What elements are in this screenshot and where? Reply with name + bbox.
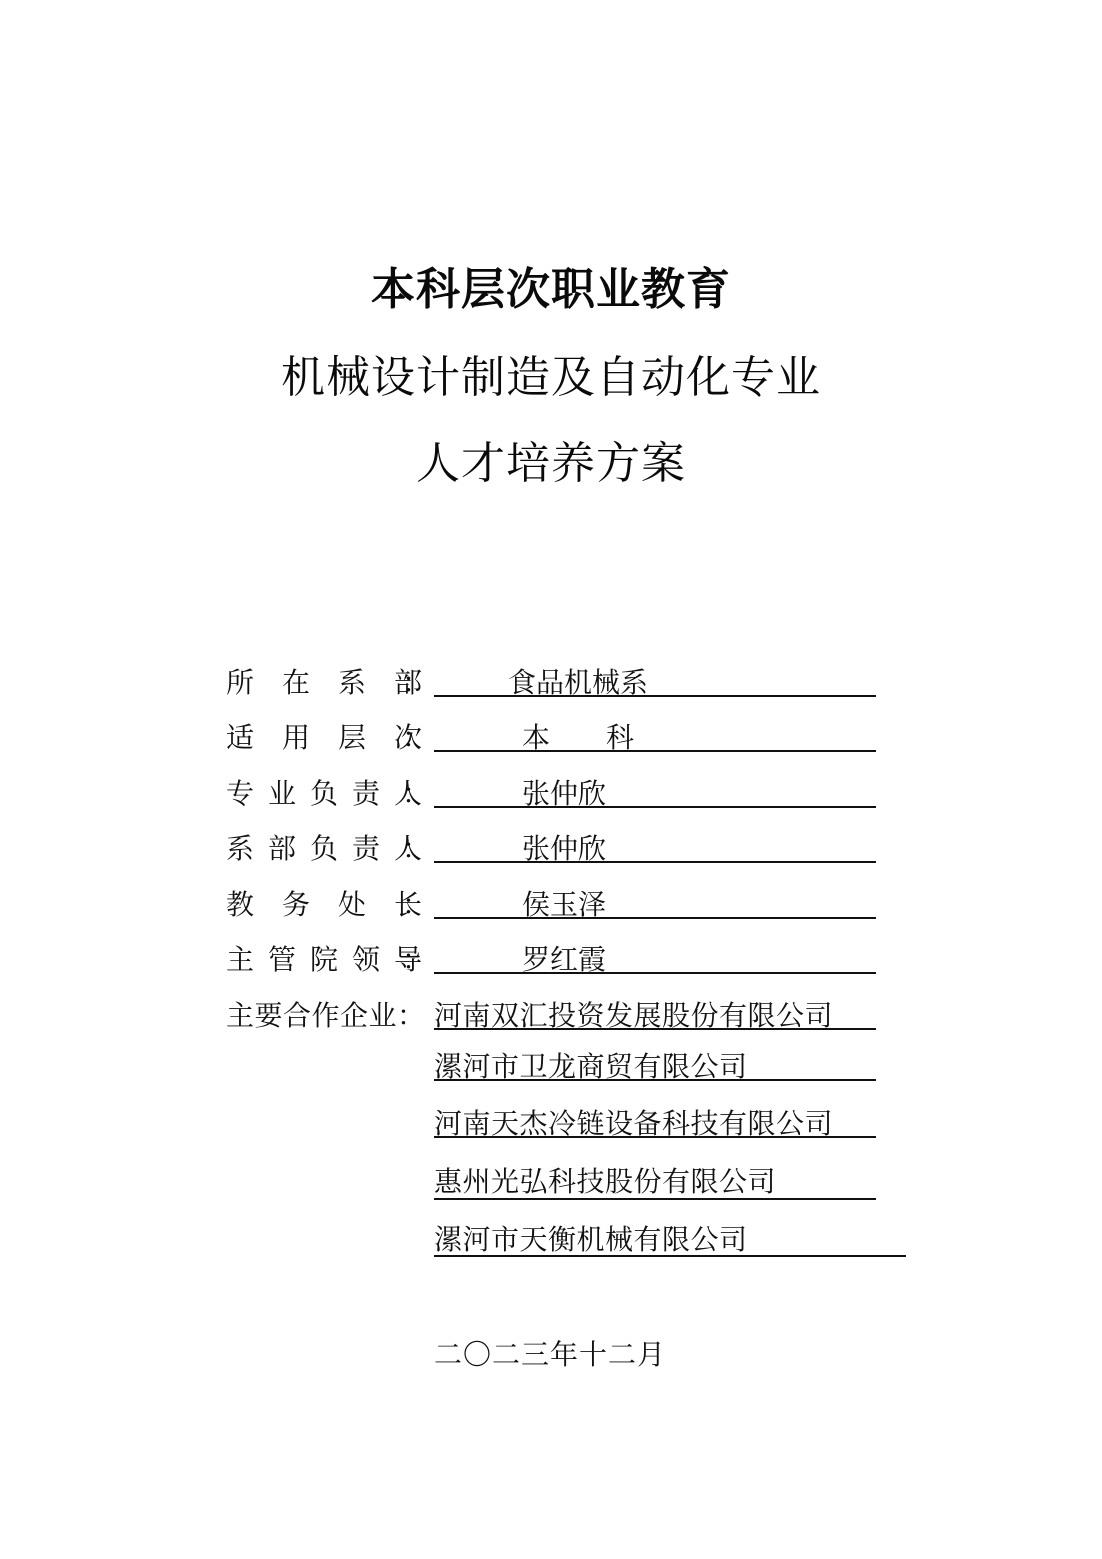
field-colon: ：	[402, 721, 430, 755]
company-item: 漯河市天衡机械有限公司	[434, 1223, 748, 1257]
document-date: 二〇二三年十二月	[434, 1338, 666, 1372]
title-line-1: 本科层次职业教育	[0, 264, 1102, 316]
underline	[434, 1198, 876, 1200]
field-colon: ：	[402, 943, 430, 977]
underline	[434, 806, 876, 808]
underline	[434, 917, 876, 919]
partners-label: 主要合作企业：	[226, 999, 426, 1033]
title-line-2: 机械设计制造及自动化专业	[0, 352, 1102, 404]
field-label: 适用层次	[226, 721, 422, 755]
field-label: 教务处长	[226, 888, 422, 922]
underline	[434, 972, 876, 974]
field-label: 主管院领导	[226, 943, 422, 977]
field-label: 系部负责人	[226, 832, 422, 866]
underline	[434, 1255, 906, 1257]
underline	[434, 750, 876, 752]
underline	[434, 695, 876, 697]
field-label: 所在系部	[226, 666, 422, 700]
company-item: 惠州光弘科技股份有限公司	[434, 1165, 776, 1199]
field-label: 专业负责人	[226, 777, 422, 811]
underline	[434, 1028, 876, 1030]
underline	[434, 1079, 876, 1081]
field-colon: ：	[402, 777, 430, 811]
field-colon: ：	[402, 832, 430, 866]
underline	[434, 1136, 876, 1138]
field-colon: ：	[402, 666, 430, 700]
underline	[434, 861, 876, 863]
field-colon: ：	[402, 888, 430, 922]
title-line-3: 人才培养方案	[0, 438, 1102, 490]
